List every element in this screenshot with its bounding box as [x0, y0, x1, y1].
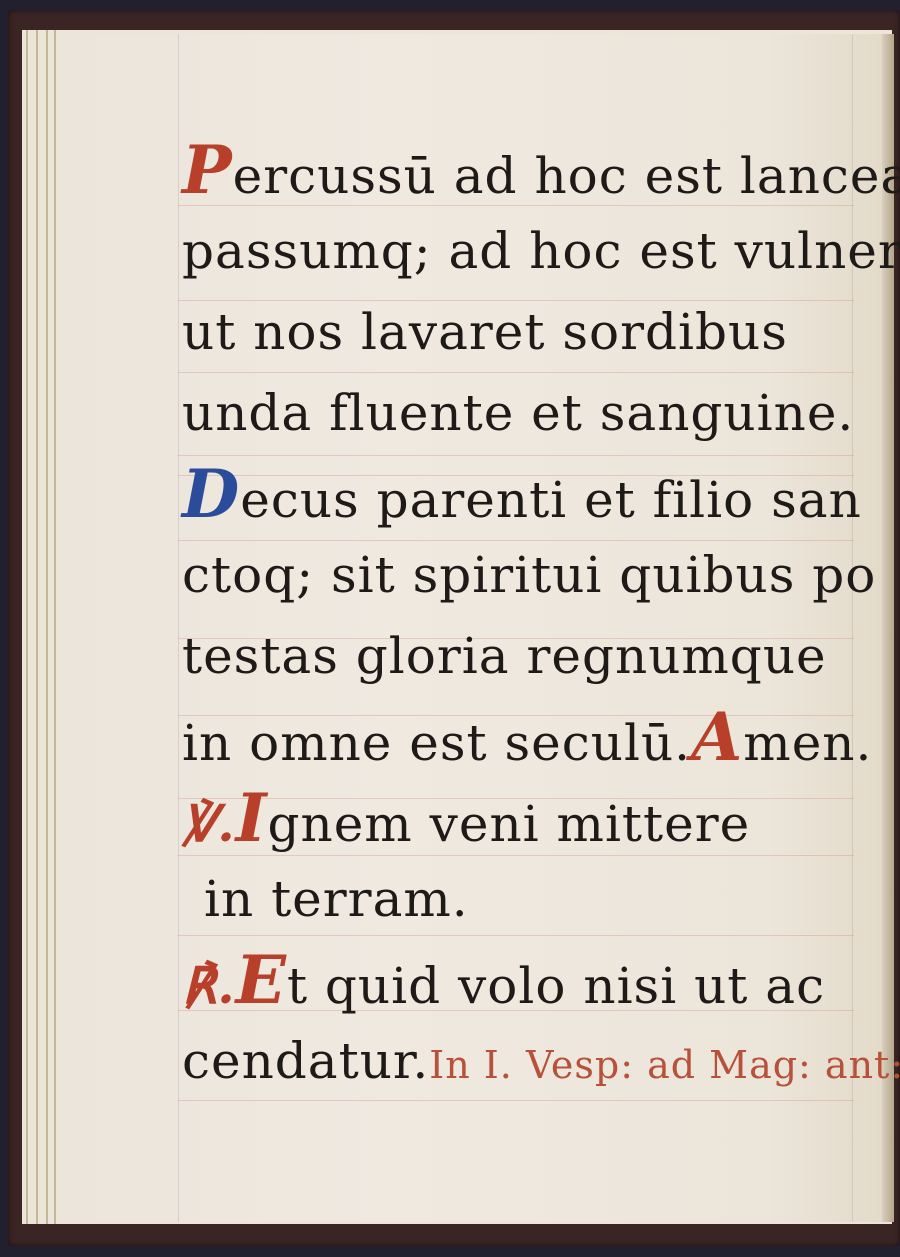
response-symbol: ℟. [182, 956, 236, 1015]
line-text: ctoq; sit spiritui quibus po [182, 546, 876, 604]
text-line-10: in terram. [182, 859, 862, 940]
text-line-9: ℣.Ignem veni mittere [182, 778, 862, 859]
blue-initial: D [182, 455, 240, 533]
text-line-3: ut nos lavaret sordibus [182, 292, 862, 373]
red-initial: P [182, 131, 233, 209]
line-text: ut nos lavaret sordibus [182, 303, 788, 361]
red-initial: I [236, 779, 268, 857]
red-initial: E [236, 941, 287, 1019]
text-line-2: passumq; ad hoc est vulnera [182, 211, 862, 292]
line-text: gnem veni mittere [268, 795, 751, 853]
page-edge-line [46, 30, 48, 1224]
line-text: in terram. [204, 870, 469, 928]
text-line-5: Decus parenti et filio san [182, 454, 862, 535]
versicle-symbol: ℣. [182, 794, 236, 853]
text-line-1: Percussū ad hoc est lancea [182, 130, 862, 211]
text-line-4: unda fluente et sanguine. [182, 373, 862, 454]
line-text: testas gloria regnumque [182, 627, 827, 685]
text-line-12: cendatur.In I. Vesp: ad Mag: ant: [182, 1021, 862, 1102]
manuscript-text: Percussū ad hoc est lancea passumq; ad h… [182, 130, 862, 1102]
text-line-8: in omne est seculū.Amen. [182, 697, 862, 778]
line-text: ercussū ad hoc est lancea [233, 147, 900, 205]
manuscript-photo: Percussū ad hoc est lancea passumq; ad h… [0, 0, 900, 1257]
line-text: cendatur. [182, 1032, 429, 1090]
line-text: in omne est seculū. [182, 714, 691, 772]
page-edge-line [26, 30, 28, 1224]
page-edge-line [54, 30, 56, 1224]
rubric-text: In I. Vesp: ad Mag: ant: [429, 1043, 900, 1087]
text-line-7: testas gloria regnumque [182, 616, 862, 697]
line-text: men. [743, 714, 872, 772]
page-edge-line [36, 30, 38, 1224]
line-text: passumq; ad hoc est vulnera [182, 222, 900, 280]
text-line-6: ctoq; sit spiritui quibus po [182, 535, 862, 616]
margin-rule-left [178, 34, 179, 1222]
red-initial: A [691, 698, 743, 776]
line-text: ecus parenti et filio san [240, 471, 862, 529]
line-text: unda fluente et sanguine. [182, 384, 854, 442]
line-text: t quid volo nisi ut ac [287, 957, 825, 1015]
text-line-11: ℟.Et quid volo nisi ut ac [182, 940, 862, 1021]
